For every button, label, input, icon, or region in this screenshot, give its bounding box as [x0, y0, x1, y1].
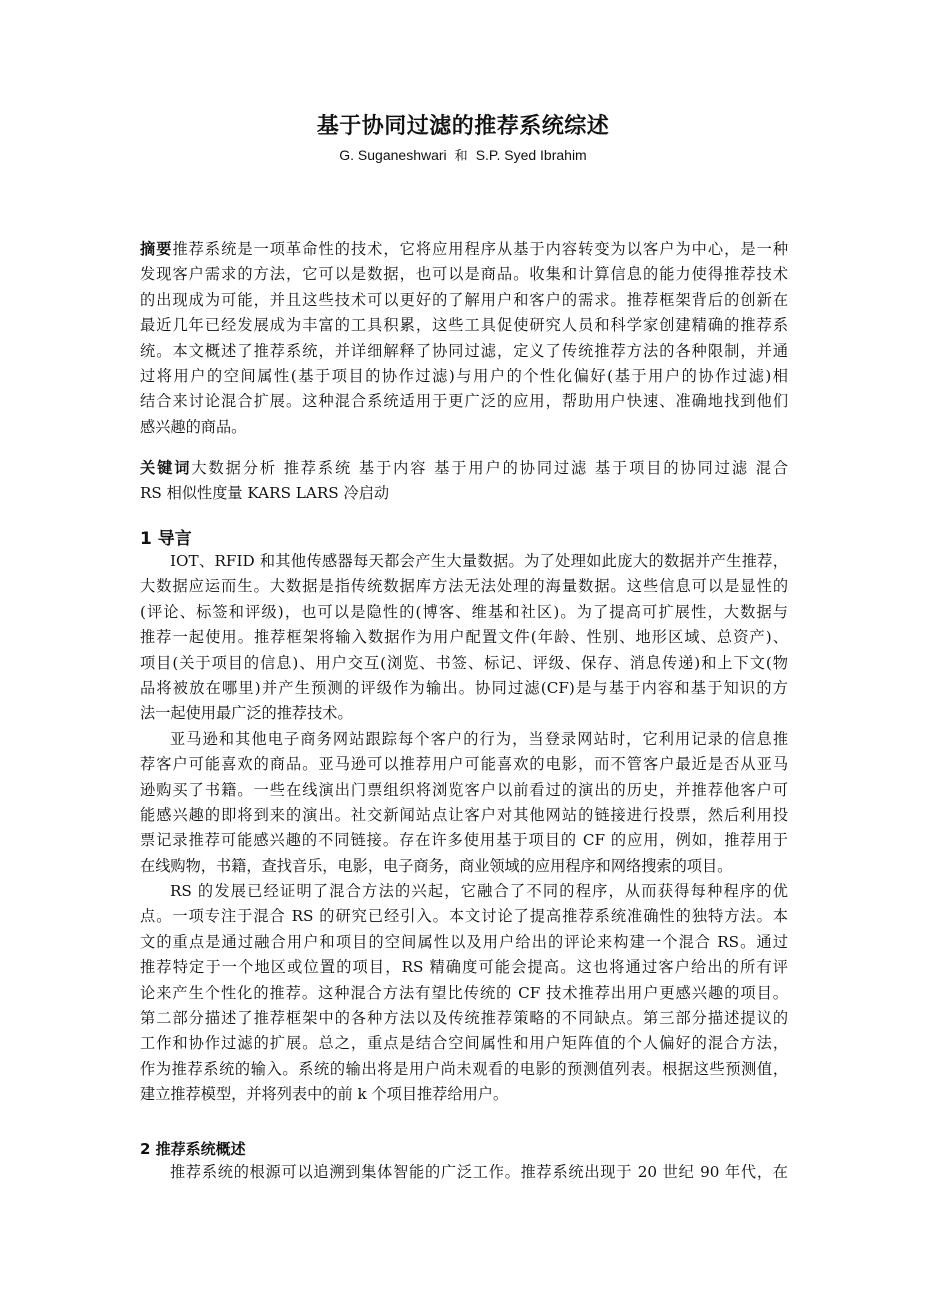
paragraph-line: 大数据应运而生。大数据是指传统数据库方法无法处理的海量数据。这些信息可以是显性的 — [140, 574, 788, 599]
paragraph-line: 作为推荐系统的输入。系统的输出将是用户尚未观看的电影的预测值列表。根据这些预测值… — [140, 1057, 788, 1082]
author-1: G. Suganeshwari — [339, 147, 446, 163]
paragraph-line: 品将被放在哪里)并产生预测的评级作为输出。协同过滤(CF)是与基于内容和基于知识… — [140, 676, 788, 701]
keywords-line: 关键词大数据分析 推荐系统 基于内容 基于用户的协同过滤 基于项目的协同过滤 混… — [140, 456, 788, 481]
paragraph-line: 工作和协作过滤的扩展。总之，重点是结合空间属性和用户矩阵值的个人偏好的混合方法， — [140, 1031, 788, 1056]
keywords-line: RS 相似性度量 KARS LARS 冷启动 — [140, 481, 788, 506]
abstract: 摘要推荐系统是一项革命性的技术，它将应用程序从基于内容转变为以客户为中心，是一种… — [140, 237, 788, 440]
abstract-line: 结合来讨论混合扩展。这种混合系统适用于更广泛的应用，帮助用户快速、准确地找到他们 — [140, 389, 788, 414]
paragraph-line: 点。一项专注于混合 RS 的研究已经引入。本文讨论了提高推荐系统准确性的独特方法… — [140, 904, 788, 929]
abstract-line: 的出现成为可能，并且这些技术可以更好的了解用户和客户的需求。推荐框架背后的创新在 — [140, 288, 788, 313]
keywords-label: 关键词 — [140, 459, 191, 477]
author-conjunction: 和 — [455, 149, 468, 164]
paragraph-line: 建立推荐模型，并将列表中的前 k 个项目推荐给用户。 — [140, 1082, 788, 1107]
section-body-introduction: IOT、RFID 和其他传感器每天都会产生大量数据。为了处理如此庞大的数据并产生… — [140, 549, 788, 1108]
abstract-label: 摘要 — [140, 240, 172, 258]
abstract-line: 摘要推荐系统是一项革命性的技术，它将应用程序从基于内容转变为以客户为中心，是一种 — [140, 237, 788, 262]
paragraph-line: 在线购物，书籍，查找音乐，电影，电子商务，商业领域的应用程序和网络搜索的项目。 — [140, 854, 788, 879]
abstract-line: 感兴趣的商品。 — [140, 415, 788, 440]
paragraph-line: 论来产生个性化的推荐。这种混合方法有望比传统的 CF 技术推荐出用户更感兴趣的项… — [140, 981, 788, 1006]
paragraph-line: RS 的发展已经证明了混合方法的兴起，它融合了不同的程序，从而获得每种程序的优 — [140, 879, 788, 904]
abstract-line: 过将用户的空间属性(基于项目的协作过滤)与用户的个性化偏好(基于用户的协作过滤)… — [140, 364, 788, 389]
abstract-line: 发现客户需求的方法，它可以是数据，也可以是商品。收集和计算信息的能力使得推荐技术 — [140, 262, 788, 287]
abstract-line: 统。本文概述了推荐系统，并详细解释了协同过滤，定义了传统推荐方法的各种限制，并通 — [140, 339, 788, 364]
paragraph-line: 项目(关于项目的信息)、用户交互(浏览、书签、标记、评级、保存、消息传递)和上下… — [140, 651, 788, 676]
keywords: 关键词大数据分析 推荐系统 基于内容 基于用户的协同过滤 基于项目的协同过滤 混… — [140, 456, 788, 507]
paragraph-line: 荐客户可能喜欢的商品。亚马逊可以推荐用户可能喜欢的电影，而不管客户最近是否从亚马 — [140, 752, 788, 777]
section-heading-introduction: 1 导言 — [140, 527, 192, 551]
paragraph-line: 逊购买了书籍。一些在线演出门票组织将浏览客户以前看过的演出的历史，并推荐他客户可 — [140, 778, 788, 803]
section-heading-overview: 2 推荐系统概述 — [140, 1138, 246, 1160]
paragraph-line: (评论、标签和评级)，也可以是隐性的(博客、维基和社区)。为了提高可扩展性，大数… — [140, 600, 788, 625]
abstract-line: 最近几年已经发展成为丰富的工具积累，这些工具促使研究人员和科学家创建精确的推荐系 — [140, 313, 788, 338]
paragraph-line: 推荐特定于一个地区或位置的项目，RS 精确度可能会提高。这也将通过客户给出的所有… — [140, 955, 788, 980]
document-page: 基于协同过滤的推荐系统综述 G. Suganeshwari和S.P. Syed … — [0, 0, 926, 1309]
section-body-overview: 推荐系统的根源可以追溯到集体智能的广泛工作。推荐系统出现于 20 世纪 90 年… — [140, 1160, 788, 1185]
paragraph-line: 法一起使用最广泛的推荐技术。 — [140, 701, 788, 726]
paragraph-line: 文的重点是通过融合用户和项目的空间属性以及用户给出的评论来构建一个混合 RS。通… — [140, 930, 788, 955]
paragraph-line: 推荐系统的根源可以追溯到集体智能的广泛工作。推荐系统出现于 20 世纪 90 年… — [140, 1160, 788, 1185]
paragraph-line: 票记录推荐可能感兴趣的不同链接。存在许多使用基于项目的 CF 的应用，例如，推荐… — [140, 828, 788, 853]
author-2: S.P. Syed Ibrahim — [476, 147, 587, 163]
paragraph-line: IOT、RFID 和其他传感器每天都会产生大量数据。为了处理如此庞大的数据并产生… — [140, 549, 788, 574]
paragraph-line: 亚马逊和其他电子商务网站跟踪每个客户的行为，当登录网站时，它利用记录的信息推 — [140, 727, 788, 752]
paragraph-line: 推荐一起使用。推荐框架将输入数据作为用户配置文件(年龄、性别、地形区域、总资产)… — [140, 625, 788, 650]
paragraph-line: 第二部分描述了推荐框架中的各种方法以及传统推荐策略的不同缺点。第三部分描述提议的 — [140, 1006, 788, 1031]
paragraph-line: 能感兴趣的即将到来的演出。社交新闻站点让客户对其他网站的链接进行投票，然后利用投 — [140, 803, 788, 828]
paper-title: 基于协同过滤的推荐系统综述 — [0, 112, 926, 142]
paper-authors: G. Suganeshwari和S.P. Syed Ibrahim — [0, 145, 926, 167]
